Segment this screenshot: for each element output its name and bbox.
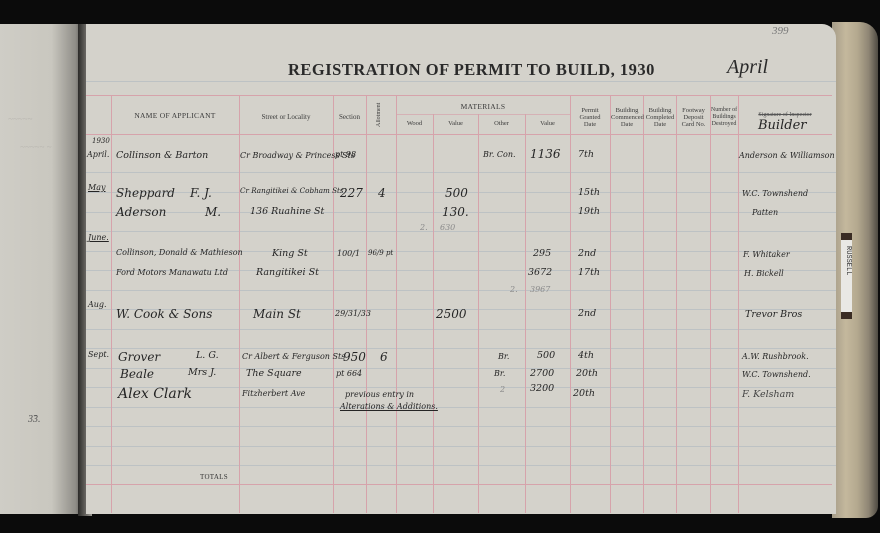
col-wood: Wood [396, 120, 433, 127]
applicant-initials: L. G. [196, 350, 219, 361]
builder: Trevor Bros [745, 309, 802, 320]
section: 227 [340, 186, 363, 200]
other-value: 3200 [530, 383, 554, 394]
permit-date: 17th [578, 267, 600, 278]
left-page: ~~~~~ ~~~~~ ~ 3̃3. [0, 24, 86, 514]
totals-rule [86, 484, 832, 485]
builder: Anderson & Williamson [739, 151, 835, 160]
col-builder-handwritten: Builder [758, 118, 806, 133]
applicant-initials: F. J. [190, 186, 212, 200]
applicant-name: Ford Motors Manawatu Ltd [116, 268, 228, 277]
margin-month-may: May [88, 183, 105, 192]
other-value: 3672 [528, 267, 552, 278]
permit-date: 4th [578, 350, 594, 361]
permit-date: 7th [578, 149, 594, 160]
other-material: Br. [494, 369, 505, 378]
applicant-name: Grover [118, 350, 160, 364]
margin-month-sept: Sept. [88, 350, 109, 359]
margin-year: 1930 [92, 137, 110, 145]
builder: W.C. Townshend [742, 189, 808, 198]
col-allotment: Allotment [376, 100, 383, 130]
note-alterations: Alterations & Additions. [340, 402, 438, 411]
subtotal-prefix: 2 [500, 385, 505, 394]
index-tab-label: RUSSELL [841, 246, 852, 275]
col-wood-value: Value [433, 120, 478, 127]
subtotal-june: 3967 [530, 285, 550, 294]
page-number: 399 [772, 25, 789, 37]
street: 136 Ruahine St [250, 206, 324, 217]
note-previous-entry: previous entry in [345, 390, 414, 399]
other-value: 1136 [530, 147, 561, 161]
ghost-text: ~~~~~ [8, 114, 32, 124]
permit-date: 15th [578, 187, 600, 198]
applicant-name: Alex Clark [118, 386, 192, 402]
builder: Patten [752, 208, 778, 217]
applicant-name: W. Cook & Sons [116, 307, 212, 321]
street: Fitzherbert Ave [242, 389, 305, 398]
street: Rangitikei St [256, 267, 319, 278]
other-material: Br. Con. [483, 150, 516, 159]
other-material: Br. [498, 352, 509, 361]
header-top-rule [86, 95, 832, 96]
totals-label: TOTALS [200, 473, 228, 481]
applicant-name: Collinson, Donald & Mathieson [116, 248, 243, 257]
margin-month-june: June. [88, 233, 109, 242]
subtotal-may: 630 [440, 223, 455, 232]
col-building-completed-date: Building Completed Date [644, 107, 676, 128]
permit-date: 19th [578, 206, 600, 217]
section: 29/31/33 [335, 309, 371, 318]
ghost-text: ~~~~~ ~ [20, 142, 51, 152]
wood-value: 500 [445, 186, 468, 200]
materials-subrule [396, 114, 570, 115]
applicant-name: Collinson & Barton [116, 150, 208, 161]
section: 100/1 [337, 249, 360, 258]
street: Cr Albert & Ferguson Sts [242, 352, 345, 361]
street: The Square [246, 368, 302, 379]
permit-date: 2nd [578, 308, 596, 319]
other-value: 500 [537, 350, 555, 361]
applicant-name: Sheppard [116, 186, 175, 200]
builder: F. Kelsham [742, 389, 794, 400]
builder: F. Whitaker [743, 250, 790, 259]
street: Cr Rangitikei & Cobham Sts [240, 186, 344, 195]
builder: W.C. Townshend. [742, 370, 811, 379]
margin-month-april: April. [87, 150, 109, 159]
col-other: Other [478, 120, 525, 127]
allotment: 6 [380, 350, 388, 364]
permit-date: 20th [573, 388, 595, 399]
subtotal-prefix: 2. [420, 223, 428, 232]
allotment: 4 [378, 186, 386, 200]
applicant-name: Aderson [116, 205, 166, 219]
other-value: 295 [533, 248, 551, 259]
col-buildings-destroyed: Number of Buildings Destroyed [710, 107, 738, 128]
margin-month-aug: Aug. [88, 300, 107, 309]
applicant-initials: Mrs J. [188, 367, 216, 378]
col-footway-deposit: Footway Deposit Card No. [677, 107, 710, 128]
subtotal-prefix: 2. [510, 285, 518, 294]
builder: H. Bickell [744, 269, 784, 278]
col-section: Section [333, 114, 366, 121]
col-name-of-applicant: NAME OF APPLICANT [111, 112, 239, 119]
builder: A.W. Rushbrook. [742, 352, 809, 361]
col-building-commenced-date: Building Commenced Date [611, 107, 643, 128]
street: King St [272, 248, 308, 259]
col-materials: MATERIALS [396, 103, 570, 110]
index-tab[interactable]: RUSSELL [841, 233, 852, 319]
col-street-or-locality: Street or Locality [239, 114, 333, 121]
col-permit-granted-date: Permit Granted Date [573, 107, 607, 128]
permit-date: 2nd [578, 248, 596, 259]
page-title: REGISTRATION OF PERMIT TO BUILD, 1930 [288, 60, 655, 80]
other-value: 2700 [530, 368, 554, 379]
left-page-mark: 3̃3. [28, 414, 41, 425]
street: Main St [253, 307, 301, 321]
applicant-initials: M. [205, 205, 221, 219]
wood-value: 2500 [436, 307, 467, 321]
permit-date: 20th [576, 368, 598, 379]
allotment: 96/9 pt [368, 249, 393, 257]
header-bottom-rule [86, 134, 832, 135]
wood-value: 130. [442, 205, 469, 219]
col-other-value: Value [525, 120, 570, 127]
month-label: April [727, 56, 768, 79]
page-edges [832, 22, 878, 518]
section: pt 98 [335, 150, 356, 159]
section: pt 664 [336, 369, 362, 378]
section: 950 [343, 350, 366, 364]
applicant-name: Beale [120, 367, 154, 381]
